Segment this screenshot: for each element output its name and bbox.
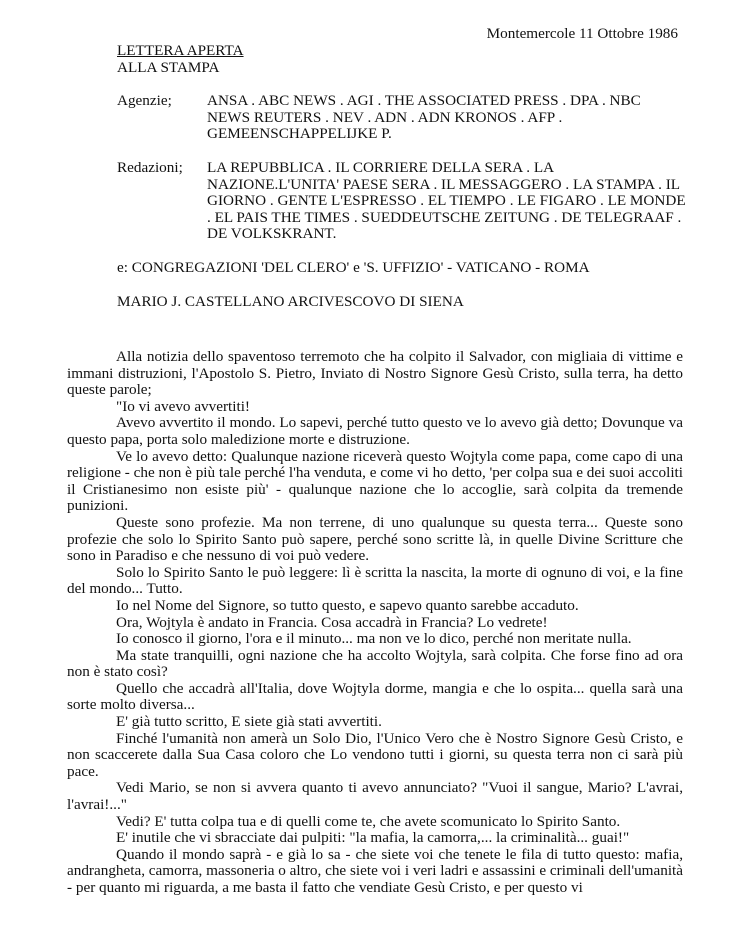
agenzie-label: Agenzie; [117, 93, 207, 143]
letter-subtitle: ALLA STAMPA [117, 60, 687, 77]
paragraph: Io conosco il giorno, l'ora e il minuto.… [67, 631, 683, 648]
redazioni-label: Redazioni; [117, 160, 207, 243]
paragraph: Alla notizia dello spaventoso terremoto … [67, 349, 683, 399]
agenzie-list: ANSA . ABC NEWS . AGI . THE ASSOCIATED P… [207, 93, 687, 143]
document-page: Montemercole 11 Ottobre 1986 LETTERA APE… [0, 0, 750, 941]
redazioni-list: LA REPUBBLICA . IL CORRIERE DELLA SERA .… [207, 160, 687, 243]
letter-body: Alla notizia dello spaventoso terremoto … [67, 349, 683, 897]
congregazioni-line: e: CONGREGAZIONI 'DEL CLERO' e 'S. UFFIZ… [117, 260, 687, 277]
paragraph: Ma state tranquilli, ogni nazione che ha… [67, 648, 683, 681]
paragraph: Vedi? E' tutta colpa tua e di quelli com… [67, 814, 683, 831]
paragraph: Quello che accadrà all'Italia, dove Wojt… [67, 681, 683, 714]
paragraph: E' già tutto scritto, E siete già stati … [67, 714, 683, 731]
paragraph: Vedi Mario, se non si avvera quanto ti a… [67, 780, 683, 813]
paragraph: Io nel Nome del Signore, so tutto questo… [67, 598, 683, 615]
paragraph: Quando il mondo saprà - e già lo sa - ch… [67, 847, 683, 897]
paragraph: Finché l'umanità non amerà un Solo Dio, … [67, 731, 683, 781]
paragraph: Ve lo avevo detto: Qualunque nazione ric… [67, 449, 683, 515]
paragraph: Solo lo Spirito Santo le può leggere: lì… [67, 565, 683, 598]
recipient-line: MARIO J. CASTELLANO ARCIVESCOVO DI SIENA [117, 294, 687, 311]
letter-title: LETTERA APERTA [117, 43, 687, 60]
paragraph: Queste sono profezie. Ma non terrene, di… [67, 515, 683, 565]
paragraph: Avevo avvertito il mondo. Lo sapevi, per… [67, 415, 683, 448]
paragraph: Ora, Wojtyla è andato in Francia. Cosa a… [67, 615, 683, 632]
paragraph: "Io vi avevo avvertiti! [67, 399, 683, 416]
dateline: Montemercole 11 Ottobre 1986 [487, 26, 678, 43]
agenzie-row: Agenzie; ANSA . ABC NEWS . AGI . THE ASS… [117, 93, 687, 143]
paragraph: E' inutile che vi sbracciate dai pulpiti… [67, 830, 683, 847]
letter-header: LETTERA APERTA ALLA STAMPA Agenzie; ANSA… [117, 43, 687, 310]
redazioni-row: Redazioni; LA REPUBBLICA . IL CORRIERE D… [117, 160, 687, 243]
